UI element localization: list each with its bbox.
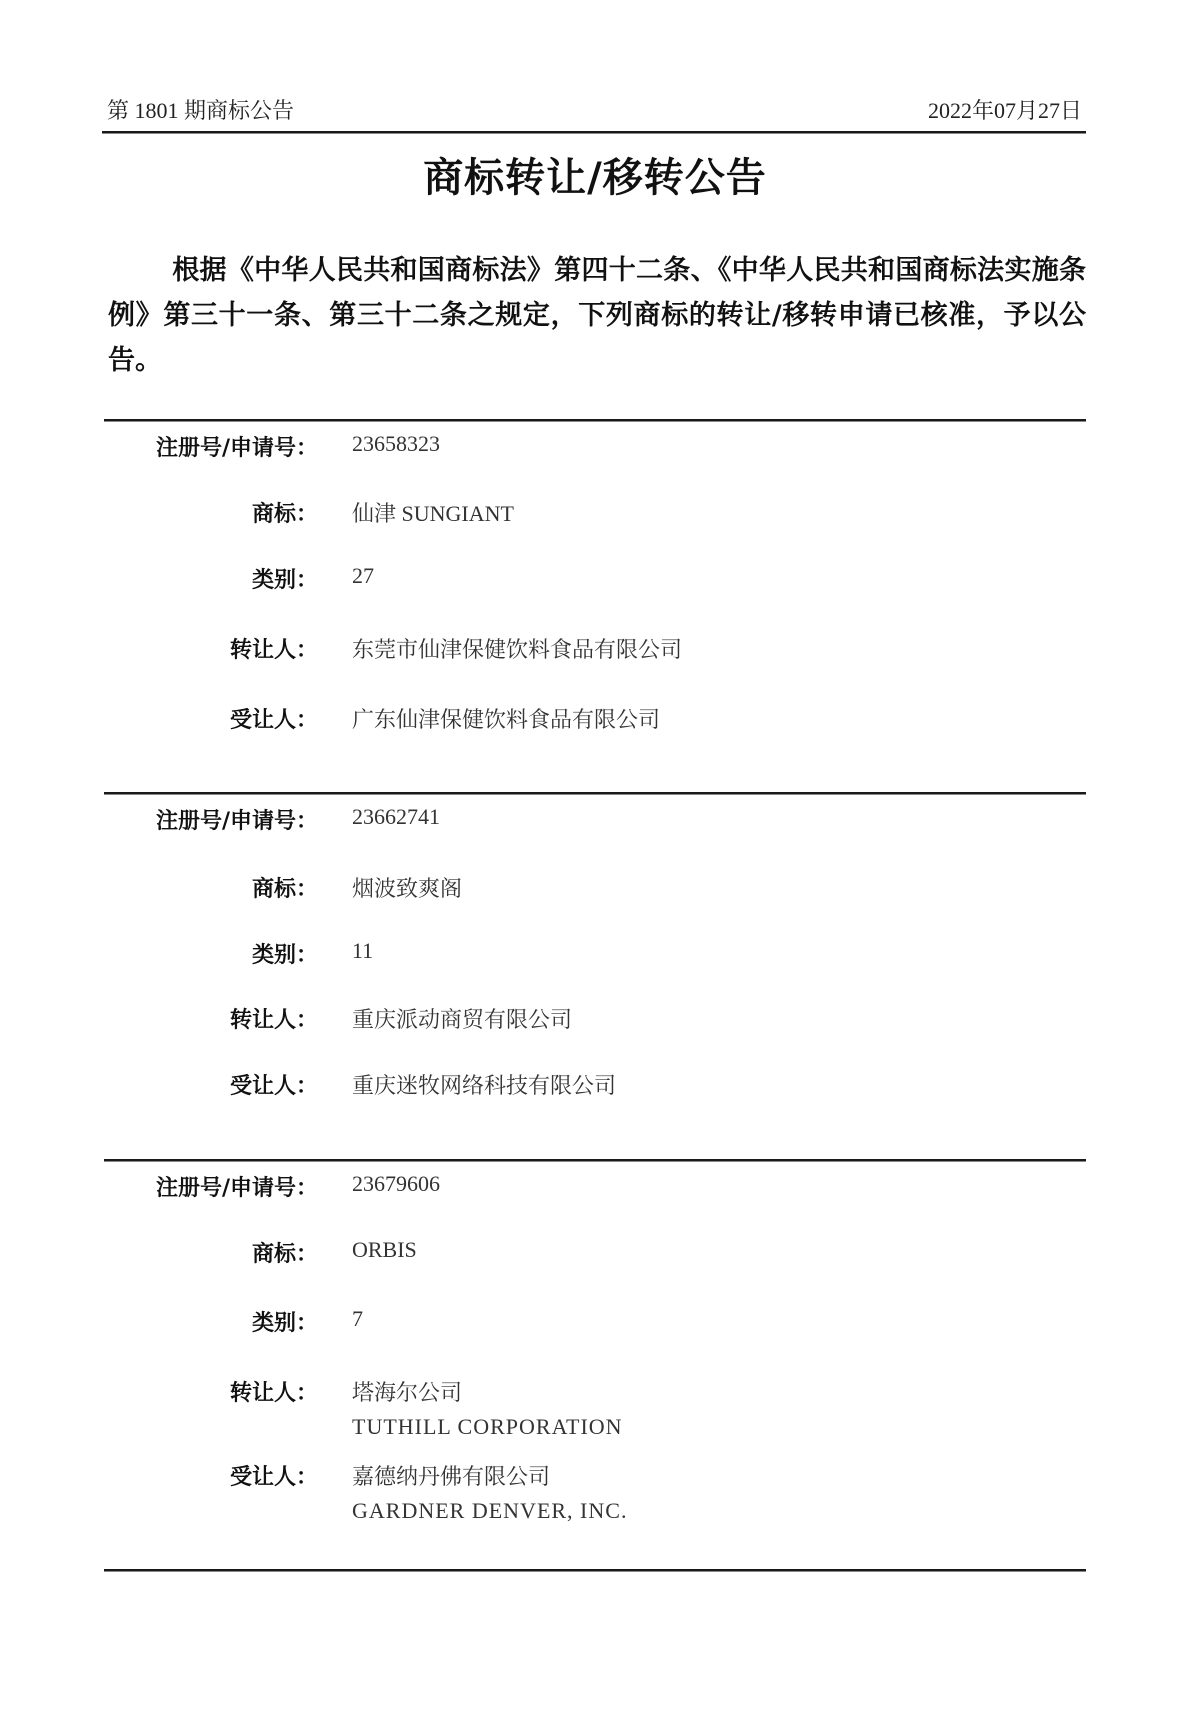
label-reg-no: 注册号/申请号：	[156, 1171, 318, 1202]
value-class: 11	[352, 938, 373, 964]
field-class: 类别： 27	[0, 563, 1190, 593]
field-reg-no: 注册号/申请号： 23679606	[0, 1171, 1190, 1201]
value-assignee: 广东仙津保健饮料食品有限公司	[352, 703, 660, 734]
field-mark: 商标： 烟波致爽阁	[0, 872, 1190, 902]
field-reg-no: 注册号/申请号： 23662741	[0, 804, 1190, 834]
label-reg-no: 注册号/申请号：	[156, 804, 318, 835]
label-mark: 商标：	[252, 872, 318, 903]
field-mark: 商标： 仙津 SUNGIANT	[0, 497, 1190, 527]
footer-divider	[104, 1569, 1086, 1572]
label-mark: 商标：	[252, 497, 318, 528]
page-title: 商标转让/移转公告	[0, 146, 1190, 203]
label-assignee: 受让人：	[230, 703, 318, 734]
value-assignor: 塔海尔公司	[352, 1376, 462, 1407]
intro-text: 根据《中华人民共和国商标法》第四十二条、《中华人民共和国商标法实施条例》第三十一…	[108, 255, 1086, 376]
field-assignor-en: TUTHILL CORPORATION	[0, 1414, 1190, 1444]
field-assignor: 转让人： 东莞市仙津保健饮料食品有限公司	[0, 633, 1190, 663]
value-mark: ORBIS	[352, 1237, 417, 1263]
value-assignee-en: GARDNER DENVER, INC.	[352, 1498, 627, 1524]
label-class: 类别：	[252, 1306, 318, 1337]
value-mark: 烟波致爽阁	[352, 872, 462, 903]
value-reg-no: 23662741	[352, 804, 440, 830]
issue-number: 第 1801 期商标公告	[107, 94, 294, 125]
label-class: 类别：	[252, 563, 318, 594]
record-divider	[104, 1159, 1086, 1162]
record-divider	[104, 419, 1086, 422]
label-class: 类别：	[252, 938, 318, 969]
value-assignee: 重庆迷牧网络科技有限公司	[352, 1069, 616, 1100]
field-assignor: 转让人： 重庆派动商贸有限公司	[0, 1003, 1190, 1033]
field-class: 类别： 7	[0, 1306, 1190, 1336]
label-reg-no: 注册号/申请号：	[156, 431, 318, 462]
label-assignor: 转让人：	[230, 1003, 318, 1034]
value-class: 7	[352, 1306, 363, 1332]
field-assignee-en: GARDNER DENVER, INC.	[0, 1498, 1190, 1528]
field-reg-no: 注册号/申请号： 23658323	[0, 431, 1190, 461]
value-assignor-en: TUTHILL CORPORATION	[352, 1414, 623, 1440]
value-assignor: 东莞市仙津保健饮料食品有限公司	[352, 633, 682, 664]
label-assignee: 受让人：	[230, 1460, 318, 1491]
value-mark: 仙津 SUNGIANT	[352, 497, 514, 528]
field-assignor: 转让人： 塔海尔公司	[0, 1376, 1190, 1406]
value-class: 27	[352, 563, 374, 589]
field-mark: 商标： ORBIS	[0, 1237, 1190, 1267]
record-divider	[104, 792, 1086, 795]
label-assignor: 转让人：	[230, 1376, 318, 1407]
value-assignee: 嘉德纳丹佛有限公司	[352, 1460, 550, 1491]
label-assignee: 受让人：	[230, 1069, 318, 1100]
field-assignee: 受让人： 嘉德纳丹佛有限公司	[0, 1460, 1190, 1490]
header-divider	[102, 131, 1086, 134]
field-assignee: 受让人： 广东仙津保健饮料食品有限公司	[0, 703, 1190, 733]
intro-paragraph: 根据《中华人民共和国商标法》第四十二条、《中华人民共和国商标法实施条例》第三十一…	[108, 248, 1086, 383]
publication-date: 2022年07月27日	[928, 94, 1082, 125]
value-reg-no: 23679606	[352, 1171, 440, 1197]
value-reg-no: 23658323	[352, 431, 440, 457]
field-class: 类别： 11	[0, 938, 1190, 968]
value-assignor: 重庆派动商贸有限公司	[352, 1003, 572, 1034]
label-mark: 商标：	[252, 1237, 318, 1268]
field-assignee: 受让人： 重庆迷牧网络科技有限公司	[0, 1069, 1190, 1099]
label-assignor: 转让人：	[230, 633, 318, 664]
